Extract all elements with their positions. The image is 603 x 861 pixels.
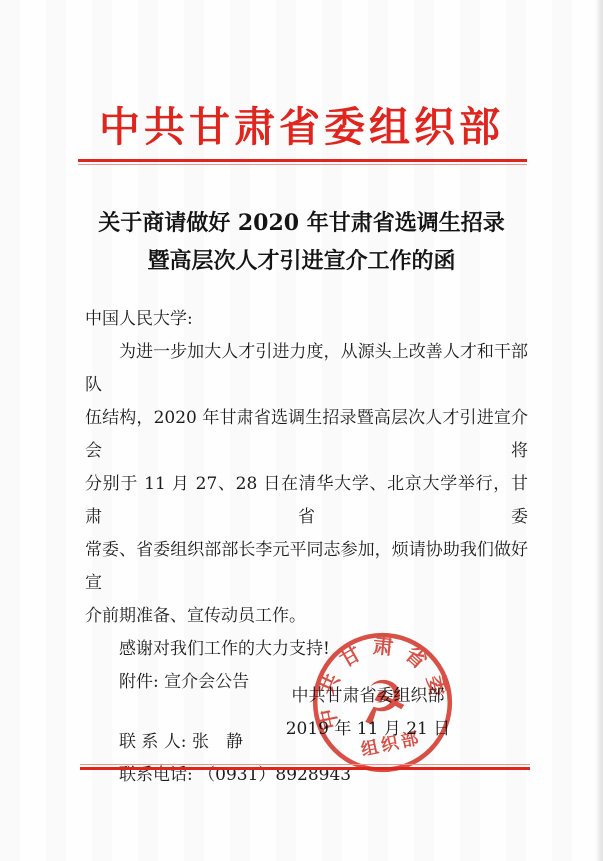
- footer-divider: [80, 764, 530, 770]
- body-line: 伍结构，2020 年甘肃省选调生招录暨高层次人才引进宣介会将: [85, 402, 528, 468]
- signature-org: 中共甘肃省委组织部: [281, 680, 455, 713]
- signature-block: 中共甘肃省委组织部 2019 年 11 月 21 日: [281, 680, 455, 746]
- body-line: 为进一步加大人才引进力度，从源头上改善人才和干部队: [85, 336, 528, 402]
- letterhead-org-name: 中共甘肃省委组织部: [0, 94, 603, 153]
- signature-date: 2019 年 11 月 21 日: [281, 713, 455, 746]
- body-line: 分别于 11 月 27、28 日在清华大学、北京大学举行，甘肃省委: [85, 468, 528, 534]
- divider-thin-line: [80, 764, 530, 765]
- divider-thick-line: [80, 767, 530, 770]
- divider-thin-line: [78, 164, 527, 165]
- document-title-line2: 暨高层次人才引进宣介工作的函: [30, 242, 573, 280]
- salutation: 中国人民大学:: [85, 303, 528, 336]
- document-title: 关于商请做好 2020 年甘肃省选调生招录 暨高层次人才引进宣介工作的函: [30, 204, 573, 280]
- letterhead-divider: [78, 159, 527, 165]
- divider-thick-line: [78, 159, 527, 162]
- document-page: 中共甘肃省委组织部 关于商请做好 2020 年甘肃省选调生招录 暨高层次人才引进…: [0, 0, 603, 861]
- body-line: 介前期准备、宣传动员工作。: [85, 600, 528, 633]
- thanks-line: 感谢对我们工作的大力支持!: [85, 633, 528, 666]
- body-line: 常委、省委组织部部长李元平同志参加，烦请协助我们做好宣: [85, 534, 528, 600]
- document-title-line1: 关于商请做好 2020 年甘肃省选调生招录: [30, 204, 573, 242]
